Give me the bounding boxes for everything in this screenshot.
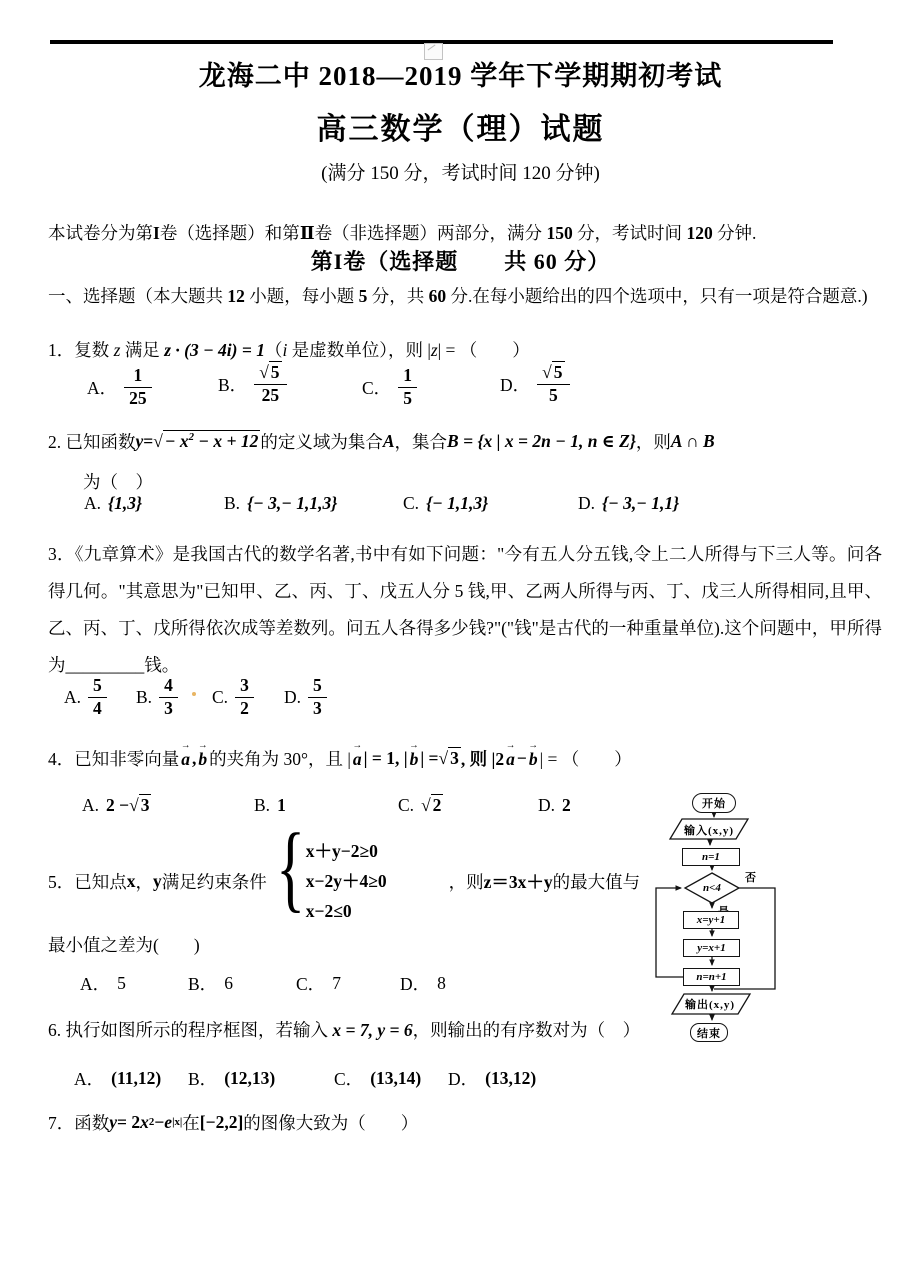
option-label: B. xyxy=(136,687,152,708)
q3-option-a: A.54 xyxy=(64,675,107,720)
option-label: D. xyxy=(284,687,301,708)
fraction: 15 xyxy=(398,365,417,410)
q2-option-c: C.{− 1,1,3} xyxy=(403,493,488,514)
option-label: C. xyxy=(403,493,419,514)
q3-option-d: D.53 xyxy=(284,675,327,720)
option-label: B. xyxy=(254,795,270,816)
flowchart-output-node: 输出(x,y) xyxy=(672,995,748,1013)
question-1: 1．复数 z 满足 z · (3 − 4i) = 1（i 是虚数单位），则 |z… xyxy=(48,337,530,362)
question-4: 4．已知非零向量 a,b 的夹角为 30°，且 |a| = 1, |b| = 3… xyxy=(48,740,632,776)
question-7: 7．函数 y = 2x2 − e|x| 在[−2,2]的图像大致为（ ） xyxy=(48,1104,418,1140)
option-label: A. xyxy=(82,795,99,816)
question-2-cont: 为（ ） xyxy=(83,469,153,494)
q6-option-a: A．(11,12) xyxy=(74,1066,161,1091)
exam-paper-page: 龙海二中 2018—2019 学年下学期期初考试 高三数学（理）试题 (满分 1… xyxy=(0,0,921,1276)
q2-option-d: D.{− 3,− 1,1} xyxy=(578,493,679,514)
option-label: C. xyxy=(212,687,228,708)
q4-option-a: A.2 − 3 xyxy=(82,795,151,816)
option-label: C． xyxy=(334,1066,363,1091)
option-label: D. xyxy=(538,795,555,816)
vector-a: a xyxy=(353,747,362,770)
fraction: 125 xyxy=(124,365,152,410)
vector-b: b xyxy=(198,747,207,770)
choice-instructions: 一、选择题（本大题共 12 小题，每小题 5 分，共 60 分.在每小题给出的四… xyxy=(48,280,882,313)
q5-option-d: D．8 xyxy=(400,971,446,996)
section1-header: 第I卷（选择题 共 60 分） xyxy=(0,245,921,276)
question-5: 5．已知点 x，y 满足约束条件x＋y−2≥0x−2y＋4≥0x−2≤0，则 z… xyxy=(48,833,640,929)
q3-option-b: B.43 xyxy=(136,675,178,720)
flowchart-no-label: 否 xyxy=(743,870,759,884)
q2-option-b: B.{− 3,− 1,1,3} xyxy=(224,493,337,514)
fraction: 53 xyxy=(308,675,327,720)
vector-b: b xyxy=(529,747,538,770)
fraction: 55 xyxy=(537,362,569,407)
option-label: C． xyxy=(296,971,325,996)
option-label: A. xyxy=(64,687,81,708)
option-label: C. xyxy=(398,795,414,816)
intro-line: 本试卷分为第I卷（选择题）和第Ⅱ卷（非选择题）两部分，满分 150 分，考试时间… xyxy=(48,220,756,245)
fraction: 32 xyxy=(235,675,254,720)
option-label: D． xyxy=(500,372,530,397)
question-6: 6. 执行如图所示的程序框图，若输入 x = 7, y = 6，则输出的有序数对… xyxy=(48,1017,640,1042)
flowchart-step2-node: y=x+1 xyxy=(683,939,740,957)
option-label: D. xyxy=(578,493,595,514)
q2-option-a: A.{1,3} xyxy=(84,493,142,514)
option-label: C． xyxy=(362,375,391,400)
flowchart-start-node: 开始 xyxy=(692,793,736,813)
radical-sign: 3 xyxy=(129,795,151,816)
fraction: 54 xyxy=(88,675,107,720)
system-brace xyxy=(276,868,305,894)
radical-sign: 5 xyxy=(542,362,564,384)
flowchart-step3-node: n=n+1 xyxy=(683,968,740,986)
q4-option-d: D.2 xyxy=(538,795,571,816)
vector-b: b xyxy=(410,747,419,770)
q4-option-c: C.2 xyxy=(398,795,443,816)
option-label: A． xyxy=(80,971,110,996)
radical-sign: 5 xyxy=(259,362,281,384)
option-label: B. xyxy=(224,493,240,514)
constraint-system: x＋y−2≥0x−2y＋4≥0x−2≤0 xyxy=(306,836,387,926)
q4-option-b: B.1 xyxy=(254,795,286,816)
flowchart-end-node: 结束 xyxy=(690,1023,728,1042)
q5-option-c: C．7 xyxy=(296,971,341,996)
q1-option-d: D．55 xyxy=(500,362,570,407)
option-label: B． xyxy=(188,971,217,996)
page-title: 龙海二中 2018—2019 学年下学期期初考试 xyxy=(0,54,921,93)
q1-option-c: C．15 xyxy=(362,365,417,410)
program-flowchart: 开始 输入(x,y) n=1 n<4 是 否 x=y+1 y=x+1 n=n+1… xyxy=(648,782,893,1060)
stray-mark-icon xyxy=(192,692,196,696)
vector-a: a xyxy=(181,747,190,770)
radical-sign: − x2 − x + 12 xyxy=(153,431,260,452)
radical-sign: 3 xyxy=(439,748,461,769)
flowchart-step1-node: x=y+1 xyxy=(683,911,739,929)
question-5-cont: 最小值之差为( ) xyxy=(48,932,200,957)
option-label: A. xyxy=(84,493,101,514)
question-3: 3．《九章算术》是我国古代的数学名著,书中有如下问题："今有五人分五钱,令上二人… xyxy=(48,536,882,684)
page-subtitle: 高三数学（理）试题 xyxy=(0,104,921,148)
flowchart-input-node: 输入(x,y) xyxy=(670,821,748,838)
question-2: 2. 已知函数 y = − x2 − x + 12 的定义域为集合 A，集合 B… xyxy=(48,421,715,461)
option-label: A． xyxy=(74,1066,104,1091)
option-label: A． xyxy=(87,375,117,400)
flowchart-init-node: n=1 xyxy=(682,848,740,866)
q1-option-b: B．525 xyxy=(218,362,287,407)
option-label: B． xyxy=(218,372,247,397)
q5-option-b: B．6 xyxy=(188,971,233,996)
flowchart-condition: n<4 xyxy=(687,880,737,896)
q5-option-a: A．5 xyxy=(80,971,126,996)
option-label: D． xyxy=(448,1066,478,1091)
fraction: 43 xyxy=(159,675,178,720)
q6-option-c: C．(13,14) xyxy=(334,1066,421,1091)
q6-option-b: B．(12,13) xyxy=(188,1066,275,1091)
exam-meta: (满分 150 分，考试时间 120 分钟) xyxy=(0,158,921,185)
q1-option-a: A．125 xyxy=(87,365,152,410)
q6-option-d: D．(13,12) xyxy=(448,1066,536,1091)
vector-a: a xyxy=(506,747,515,770)
option-label: D． xyxy=(400,971,430,996)
answer-blank: _________ xyxy=(66,655,145,675)
fraction: 525 xyxy=(254,362,286,407)
option-label: B． xyxy=(188,1066,217,1091)
q3-option-c: C.32 xyxy=(212,675,254,720)
radical-sign: 2 xyxy=(421,795,443,816)
